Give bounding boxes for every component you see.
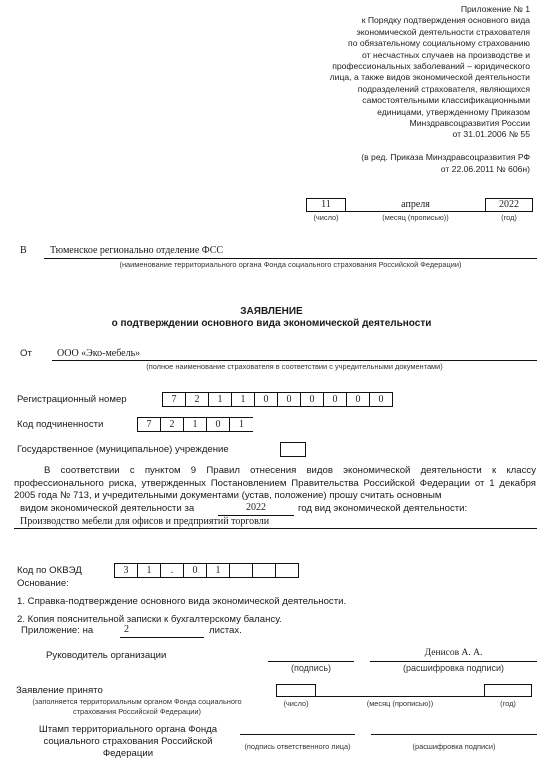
attachment-value[interactable]: 2 [120,624,204,635]
statement-year-value[interactable]: 2022 [218,502,294,513]
okved-code-cells[interactable]: 31.01 [114,563,299,578]
sender-prefix: От [20,348,32,359]
statement-year-suffix: год вид экономической деятельности: [298,503,467,514]
activity-line [14,528,537,529]
registration-number-cells[interactable]: 7211000000 [162,392,393,407]
registration-digit-cell[interactable]: 0 [254,392,278,407]
okved-digit-cell[interactable] [229,563,253,578]
appendix-header: Приложение № 1к Порядку подтверждения ос… [290,4,530,175]
registration-digit-cell[interactable]: 7 [162,392,186,407]
day-caption: (число) [306,213,346,222]
okved-label: Код по ОКВЭД [17,565,82,576]
responsible-name-line[interactable] [371,734,537,735]
registration-digit-cell[interactable]: 0 [300,392,324,407]
responsible-signature-caption: (подпись ответственного лица) [240,742,355,751]
signatory-name-line [370,661,537,662]
month-caption: (месяц (прописью)) [346,213,485,222]
sender-caption: (полное наименование страхователя в соот… [52,362,537,371]
accepted-note: (заполняется территориальным органом Фон… [18,697,256,717]
appendix-line: единицами, утвержденному Приказом [290,107,530,118]
accepted-day-box[interactable] [276,684,316,697]
day-value: 11 [306,199,346,210]
registration-digit-cell[interactable]: 0 [323,392,347,407]
appendix-line: Приложение № 1 [290,4,530,15]
responsible-signature-line[interactable] [240,734,355,735]
activity-value[interactable]: Производство мебели для офисов и предпри… [20,516,269,527]
month-value[interactable]: апреля [346,199,485,210]
signature-line[interactable] [268,661,354,662]
statement-text: В соответствии с пунктом 9 Правил отнесе… [14,465,536,501]
document-title: ЗАЯВЛЕНИЕ [0,306,543,317]
accepted-year-box[interactable] [484,684,532,697]
accepted-day-caption: (число) [276,699,316,708]
responsible-name-caption: (расшифровка подписи) [371,742,537,751]
okved-digit-cell[interactable]: 0 [183,563,207,578]
registration-digit-cell[interactable]: 0 [277,392,301,407]
appendix-line: от несчастных случаев на производстве и [290,50,530,61]
subordination-digit-cell[interactable]: 0 [206,417,230,432]
appendix-line: профессиональных заболеваний – юридическ… [290,61,530,72]
subordination-code-cells[interactable]: 72101 [137,417,253,432]
basis-label: Основание: [17,578,69,589]
sender-value[interactable]: ООО «Эко-мебель» [57,348,140,359]
okved-digit-cell[interactable]: 3 [114,563,138,578]
registration-label: Регистрационный номер [17,394,127,405]
accepted-year-caption: (год) [484,699,532,708]
appendix-line: подразделений страхователя, являющихся [290,84,530,95]
appendix-line: к Порядку подтверждения основного вида [290,15,530,26]
recipient-caption: (наименование территориального органа Фо… [44,260,537,269]
state-institution-box[interactable] [280,442,306,457]
attachment-line [120,637,204,638]
signatory-name-caption: (расшифровка подписи) [370,663,537,673]
okved-digit-cell[interactable] [275,563,299,578]
appendix-line: по обязательному социальному страхованию [290,38,530,49]
signature-caption: (подпись) [268,663,354,673]
okved-digit-cell[interactable]: 1 [206,563,230,578]
statement-paragraph: В соответствии с пунктом 9 Правил отнесе… [14,465,536,503]
sender-line [52,360,537,361]
stamp-label: Штамп территориального органа Фонда соци… [30,724,226,760]
state-institution-label: Государственное (муниципальное) учрежден… [17,444,229,455]
appendix-line: от 31.01.2006 № 55 [290,129,530,140]
okved-digit-cell[interactable] [252,563,276,578]
appendix-line: экономической деятельности страхователя [290,27,530,38]
statement-year-prefix: видом экономической деятельности за [20,503,194,514]
registration-digit-cell[interactable]: 1 [231,392,255,407]
attachment-prefix: Приложение: на [21,625,93,636]
edition-lines: (в ред. Приказа Минздравсоцразвития РФот… [290,152,530,175]
subordination-digit-cell[interactable]: 1 [183,417,207,432]
subordination-digit-cell[interactable]: 2 [160,417,184,432]
subordination-label: Код подчиненности [17,419,103,430]
registration-digit-cell[interactable]: 1 [208,392,232,407]
appendix-line: Минздравсоцразвития России [290,118,530,129]
recipient-value[interactable]: Тюменское регионально отделение ФСС [50,245,223,256]
subordination-digit-cell[interactable]: 7 [137,417,161,432]
appendix-line: (в ред. Приказа Минздравсоцразвития РФ [290,152,530,163]
registration-digit-cell[interactable]: 0 [369,392,393,407]
signatory-name[interactable]: Денисов А. А. [370,648,537,658]
year-caption: (год) [485,213,533,222]
document-subtitle: о подтверждении основного вида экономиче… [0,318,543,329]
attachment-suffix: листах. [209,625,242,636]
accepted-month-line[interactable] [316,696,484,697]
accepted-month-caption: (месяц (прописью)) [316,699,484,708]
appendix-line: лица, а также видов экономической деятел… [290,72,530,83]
month-line [346,211,485,212]
okved-digit-cell[interactable]: 1 [137,563,161,578]
year-value: 2022 [485,199,533,210]
registration-digit-cell[interactable]: 0 [346,392,370,407]
subordination-digit-cell[interactable]: 1 [229,417,253,432]
appendix-lines: Приложение № 1к Порядку подтверждения ос… [290,4,530,141]
signature-label: Руководитель организации [46,650,166,661]
basis-item-1: 1. Справка-подтверждение основного вида … [17,596,346,607]
okved-digit-cell[interactable]: . [160,563,184,578]
recipient-line [44,258,537,259]
appendix-line: самостоятельными классификационными [290,95,530,106]
appendix-line: от 22.06.2011 № 606н) [290,164,530,175]
accepted-label: Заявление принято [16,685,103,696]
registration-digit-cell[interactable]: 2 [185,392,209,407]
recipient-prefix: В [20,245,27,256]
